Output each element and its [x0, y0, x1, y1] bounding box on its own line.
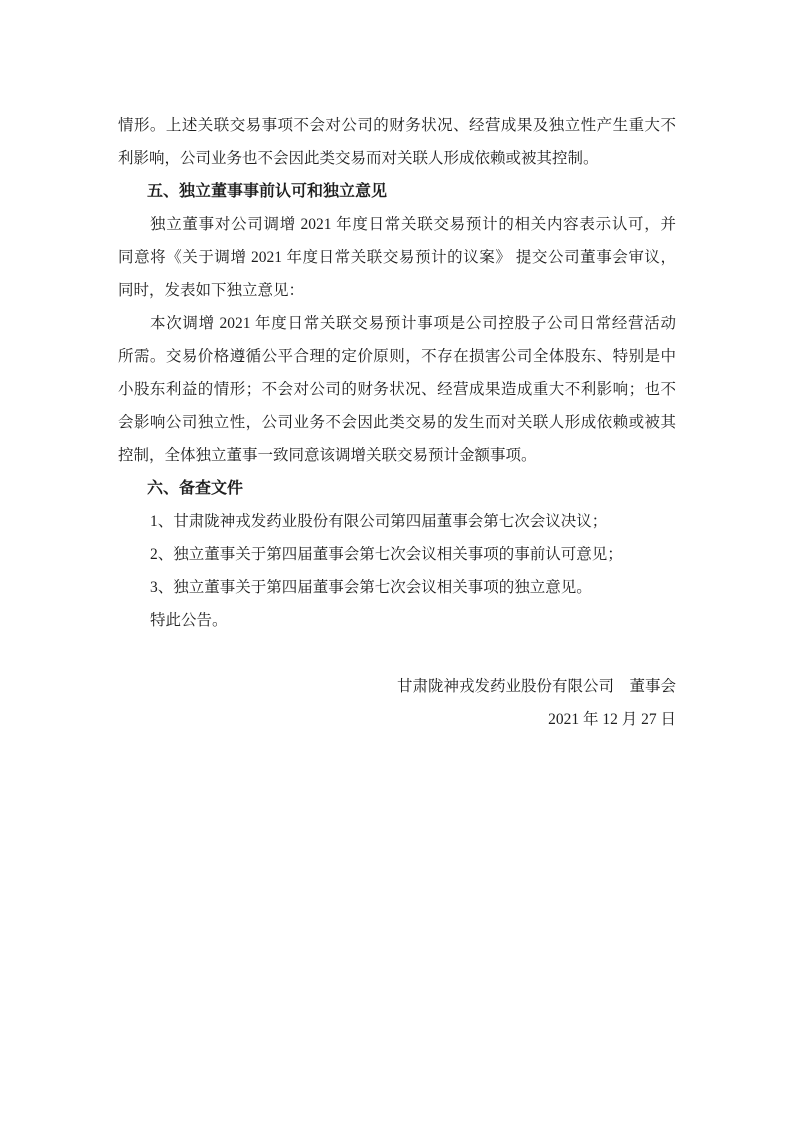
document-page: 情形。上述关联交易事项不会对公司的财务状况、经营成果及独立性产生重大不 利影响，…	[0, 0, 793, 1122]
section5-para1-line-2: 同意将《关于调增 2021 年度日常关联交易预计的议案》 提交公司董事会审议，	[118, 241, 676, 274]
section5-para1-line-1: 独立董事对公司调增 2021 年度日常关联交易预计的相关内容表示认可，并	[118, 208, 676, 241]
closing-statement: 特此公告。	[118, 604, 676, 637]
section6-item-3: 3、独立董事关于第四届董事会第七次会议相关事项的独立意见。	[118, 571, 676, 604]
document-body: 情形。上述关联交易事项不会对公司的财务状况、经营成果及独立性产生重大不 利影响，…	[118, 109, 676, 736]
signature-date: 2021 年 12 月 27 日	[118, 703, 676, 736]
section6-heading: 六、备查文件	[118, 472, 676, 505]
section5-para2-line-4: 会影响公司独立性，公司业务不会因此类交易的发生而对关联人形成依赖或被其	[118, 406, 676, 439]
signature-company: 甘肃陇神戎发药业股份有限公司 董事会	[118, 670, 676, 703]
section5-para2-line-3: 小股东利益的情形；不会对公司的财务状况、经营成果造成重大不利影响；也不	[118, 373, 676, 406]
section6-item-1: 1、甘肃陇神戎发药业股份有限公司第四届董事会第七次会议决议；	[118, 505, 676, 538]
continuation-line-1: 情形。上述关联交易事项不会对公司的财务状况、经营成果及独立性产生重大不	[118, 109, 676, 142]
section5-para2-line-5: 控制，全体独立董事一致同意该调增关联交易预计金额事项。	[118, 439, 676, 472]
continuation-line-2: 利影响，公司业务也不会因此类交易而对关联人形成依赖或被其控制。	[118, 142, 676, 175]
section6-item-2: 2、独立董事关于第四届董事会第七次会议相关事项的事前认可意见；	[118, 538, 676, 571]
section5-para2-line-1: 本次调增 2021 年度日常关联交易预计事项是公司控股子公司日常经营活动	[118, 307, 676, 340]
section5-heading: 五、独立董事事前认可和独立意见	[118, 175, 676, 208]
section5-para2-line-2: 所需。交易价格遵循公平合理的定价原则，不存在损害公司全体股东、特别是中	[118, 340, 676, 373]
section5-para1-line-3: 同时，发表如下独立意见：	[118, 274, 676, 307]
blank-line	[118, 637, 676, 670]
